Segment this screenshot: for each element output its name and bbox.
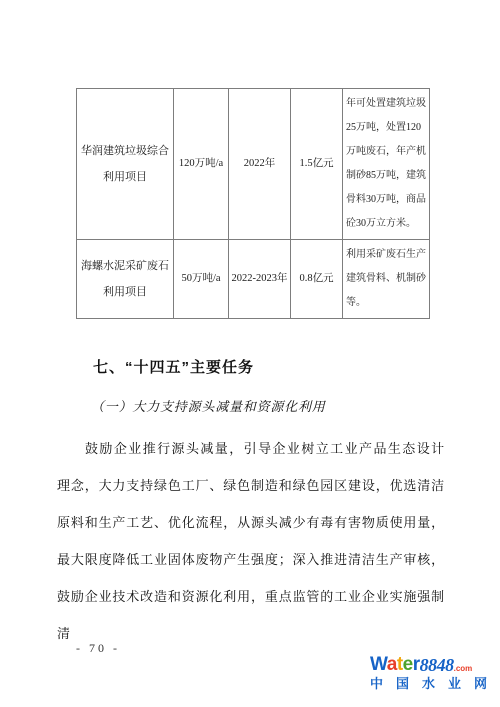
description-cell: 年可处置建筑垃圾25万吨，处置120万吨废石，年产机制砂85万吨，建筑骨料30万… [343,89,430,240]
investment-cell: 0.8亿元 [291,240,343,319]
description-cell: 利用采矿废石生产建筑骨料、机制砂等。 [343,240,430,319]
project-name-cell: 海螺水泥采矿废石利用项目 [77,240,174,319]
brand-letter: e [403,654,413,675]
period-cell: 2022-2023年 [229,240,291,319]
watermark-brand: Water 8848 .com [370,654,492,675]
capacity-cell: 50万吨/a [174,240,229,319]
watermark-subtitle: 中国水业网 [370,676,500,692]
table-row: 华润建筑垃圾综合利用项目 120万吨/a 2022年 1.5亿元 年可处置建筑垃… [77,89,430,240]
watermark-brand-word: Water [370,654,420,675]
brand-letter: W [370,654,387,675]
watermark-brand-number: 8848 [420,655,454,675]
project-name-cell: 华润建筑垃圾综合利用项目 [77,89,174,240]
page-number: - 70 - [76,641,120,656]
projects-table: 华润建筑垃圾综合利用项目 120万吨/a 2022年 1.5亿元 年可处置建筑垃… [76,88,430,319]
brand-letter: r [413,654,420,675]
table-row: 海螺水泥采矿废石利用项目 50万吨/a 2022-2023年 0.8亿元 利用采… [77,240,430,319]
capacity-cell: 120万吨/a [174,89,229,240]
section-heading: 七、“十四五”主要任务 [93,356,254,377]
document-page: 华润建筑垃圾综合利用项目 120万吨/a 2022年 1.5亿元 年可处置建筑垃… [0,0,500,707]
investment-cell: 1.5亿元 [291,89,343,240]
body-paragraph: 鼓励企业推行源头减量，引导企业树立工业产品生态设计理念，大力支持绿色工厂、绿色制… [57,430,445,652]
watermark-brand-tld: .com [454,664,473,674]
subsection-heading: （一）大力支持源头减量和资源化利用 [91,396,326,415]
brand-letter: a [387,654,397,675]
period-cell: 2022年 [229,89,291,240]
watermark-logo: Water 8848 .com 中国水业网 [370,654,492,692]
